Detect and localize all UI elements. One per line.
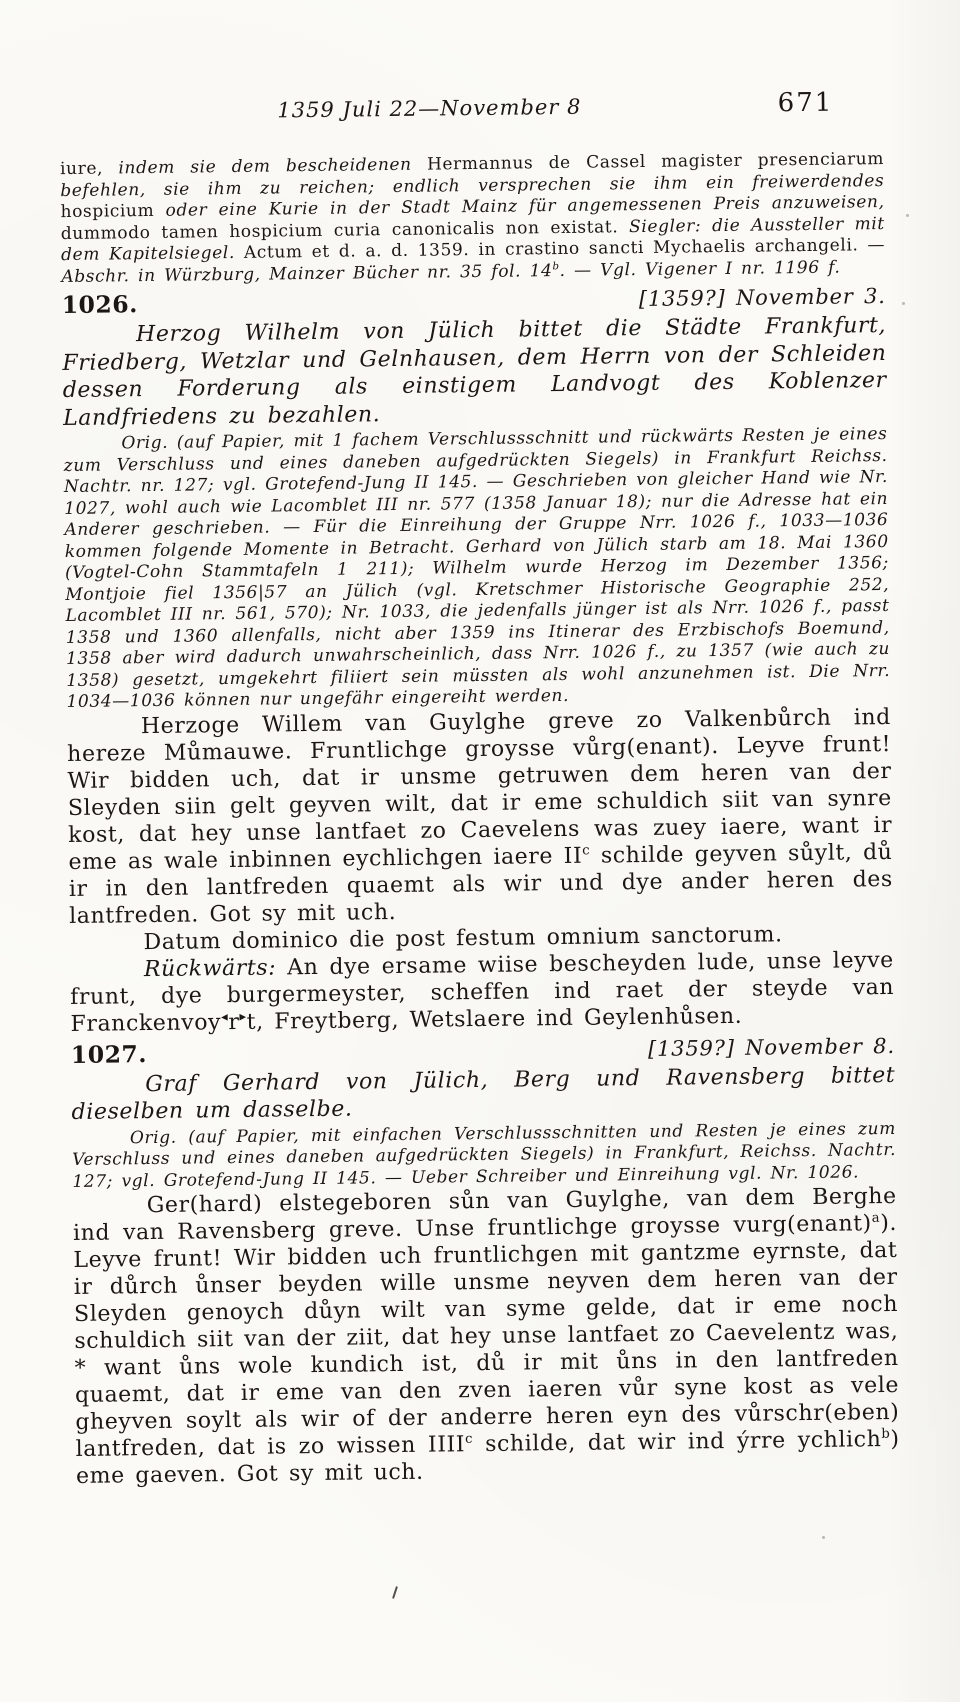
entry-1026-regest: Herzog Wilhelm von Jülich bittet die Stä… [62,312,887,432]
page-number: 671 [777,88,833,119]
entry-1027-head-number: 1027. [71,1040,147,1069]
entry-1027-head-date: [1359?] November 8. [648,1033,895,1060]
entry-1027-source: Orig. (auf Papier, mit einfachen Verschl… [72,1118,897,1193]
entry-1027-regest: Graf Gerhard von Jülich, Berg und Ravens… [71,1061,896,1126]
scan-stray-mark [392,1586,398,1599]
entry-1026-address: Rückwärts: An dye ersame wiise bescheyde… [70,946,895,1037]
entry-1026-head-date: [1359?] November 3. [639,284,886,311]
page-body: iure, indem sie dem bescheidenen Hermann… [60,149,900,1490]
entry-1025-continuation: iure, indem sie dem bescheidenen Hermann… [60,149,886,288]
entry-1027-text: Ger(hard) elstegeboren sůn van Guylghe, … [73,1183,901,1490]
scan-speckle [902,302,905,305]
entry-1026-text: Herzoge Willem van Guylghe greve zo Valk… [67,703,894,929]
entry-1026-head-number: 1026. [62,290,138,319]
scanned-book-page: 1359 Juli 22—November 8 671 iure, indem … [0,0,960,1702]
scan-speckle [906,214,909,217]
entry-1026-source: Orig. (auf Papier, mit 1 fachem Verschlu… [63,424,890,714]
scan-speckle [842,176,845,179]
page-header: 1359 Juli 22—November 8 671 [59,91,883,129]
scan-speckle [822,1536,825,1539]
running-title: 1359 Juli 22—November 8 [277,95,581,123]
page-content: 1359 Juli 22—November 8 671 iure, indem … [59,91,900,1490]
